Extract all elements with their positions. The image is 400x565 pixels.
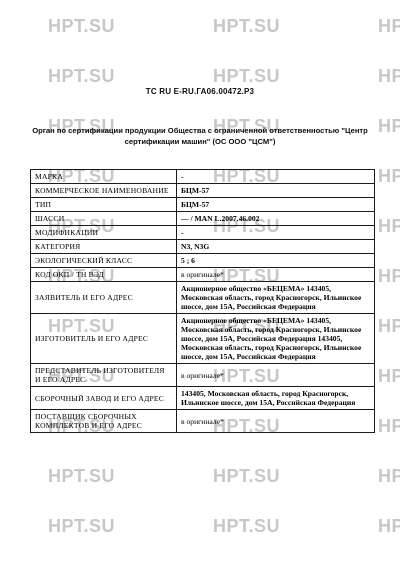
- field-value: в оригинале*: [177, 364, 375, 387]
- table-row: ЗАЯВИТЕЛЬ И ЕГО АДРЕСАкционерное обществ…: [31, 282, 375, 314]
- field-label: ЗАЯВИТЕЛЬ И ЕГО АДРЕС: [31, 282, 177, 314]
- field-label: ПРЕДСТАВИТЕЛЬ ИЗГОТОВИТЕЛЯ И ЕГО АДРЕС: [31, 364, 177, 387]
- document-content: ТС RU Е-RU.ГА06.00472.Р3 Орган по сертиф…: [0, 0, 400, 565]
- field-label: МОДИФИКАЦИИ: [31, 226, 177, 240]
- certification-body-heading: Орган по сертификации продукции Общества…: [28, 126, 372, 147]
- field-label: КАТЕГОРИЯ: [31, 240, 177, 254]
- table-row: ЭКОЛОГИЧЕСКИЙ КЛАСС5 ; 6: [31, 254, 375, 268]
- table-row: ШАССИ— / MAN L.2007.46.002: [31, 212, 375, 226]
- field-label: КОД ОКП / ТН ВЭД: [31, 268, 177, 282]
- document-page: HPT.SUHPT.SUHPT.SUHPT.SUHPT.SUHPT.SUHPT.…: [0, 0, 400, 565]
- field-value: БЦМ-57: [177, 198, 375, 212]
- field-value: 5 ; 6: [177, 254, 375, 268]
- table-row: КАТЕГОРИЯN3, N3G: [31, 240, 375, 254]
- field-value: БЦМ-57: [177, 184, 375, 198]
- approval-number: ТС RU Е-RU.ГА06.00472.Р3: [0, 87, 400, 96]
- table-row: ПРЕДСТАВИТЕЛЬ ИЗГОТОВИТЕЛЯ И ЕГО АДРЕСв …: [31, 364, 375, 387]
- table-row: МОДИФИКАЦИИ-: [31, 226, 375, 240]
- field-label: СБОРОЧНЫЙ ЗАВОД И ЕГО АДРЕС: [31, 387, 177, 410]
- field-label: МАРКА: [31, 170, 177, 184]
- field-value: в оригинале*: [177, 268, 375, 282]
- field-label: КОММЕРЧЕСКОЕ НАИМЕНОВАНИЕ: [31, 184, 177, 198]
- field-value: Акционерное общество «БЕЦЕМА» 143405, Мо…: [177, 282, 375, 314]
- spec-table: МАРКА-КОММЕРЧЕСКОЕ НАИМЕНОВАНИЕБЦМ-57ТИП…: [30, 169, 375, 433]
- field-value: -: [177, 170, 375, 184]
- table-row: МАРКА-: [31, 170, 375, 184]
- field-value: в оригинале*: [177, 410, 375, 433]
- field-value: N3, N3G: [177, 240, 375, 254]
- field-value: — / MAN L.2007.46.002: [177, 212, 375, 226]
- field-label: ПОСТАВЩИК СБОРОЧНЫХ КОМПЛЕКТОВ И ЕГО АДР…: [31, 410, 177, 433]
- field-value: -: [177, 226, 375, 240]
- field-label: ЭКОЛОГИЧЕСКИЙ КЛАСС: [31, 254, 177, 268]
- table-row: ПОСТАВЩИК СБОРОЧНЫХ КОМПЛЕКТОВ И ЕГО АДР…: [31, 410, 375, 433]
- field-value: Акционерное общество «БЕЦЕМА» 143405, Мо…: [177, 314, 375, 364]
- table-row: ИЗГОТОВИТЕЛЬ И ЕГО АДРЕСАкционерное обще…: [31, 314, 375, 364]
- table-row: ТИПБЦМ-57: [31, 198, 375, 212]
- table-row: КОД ОКП / ТН ВЭДв оригинале*: [31, 268, 375, 282]
- field-value: 143405, Московская область, город Красно…: [177, 387, 375, 410]
- field-label: ИЗГОТОВИТЕЛЬ И ЕГО АДРЕС: [31, 314, 177, 364]
- table-row: КОММЕРЧЕСКОЕ НАИМЕНОВАНИЕБЦМ-57: [31, 184, 375, 198]
- table-row: СБОРОЧНЫЙ ЗАВОД И ЕГО АДРЕС143405, Моско…: [31, 387, 375, 410]
- field-label: ТИП: [31, 198, 177, 212]
- field-label: ШАССИ: [31, 212, 177, 226]
